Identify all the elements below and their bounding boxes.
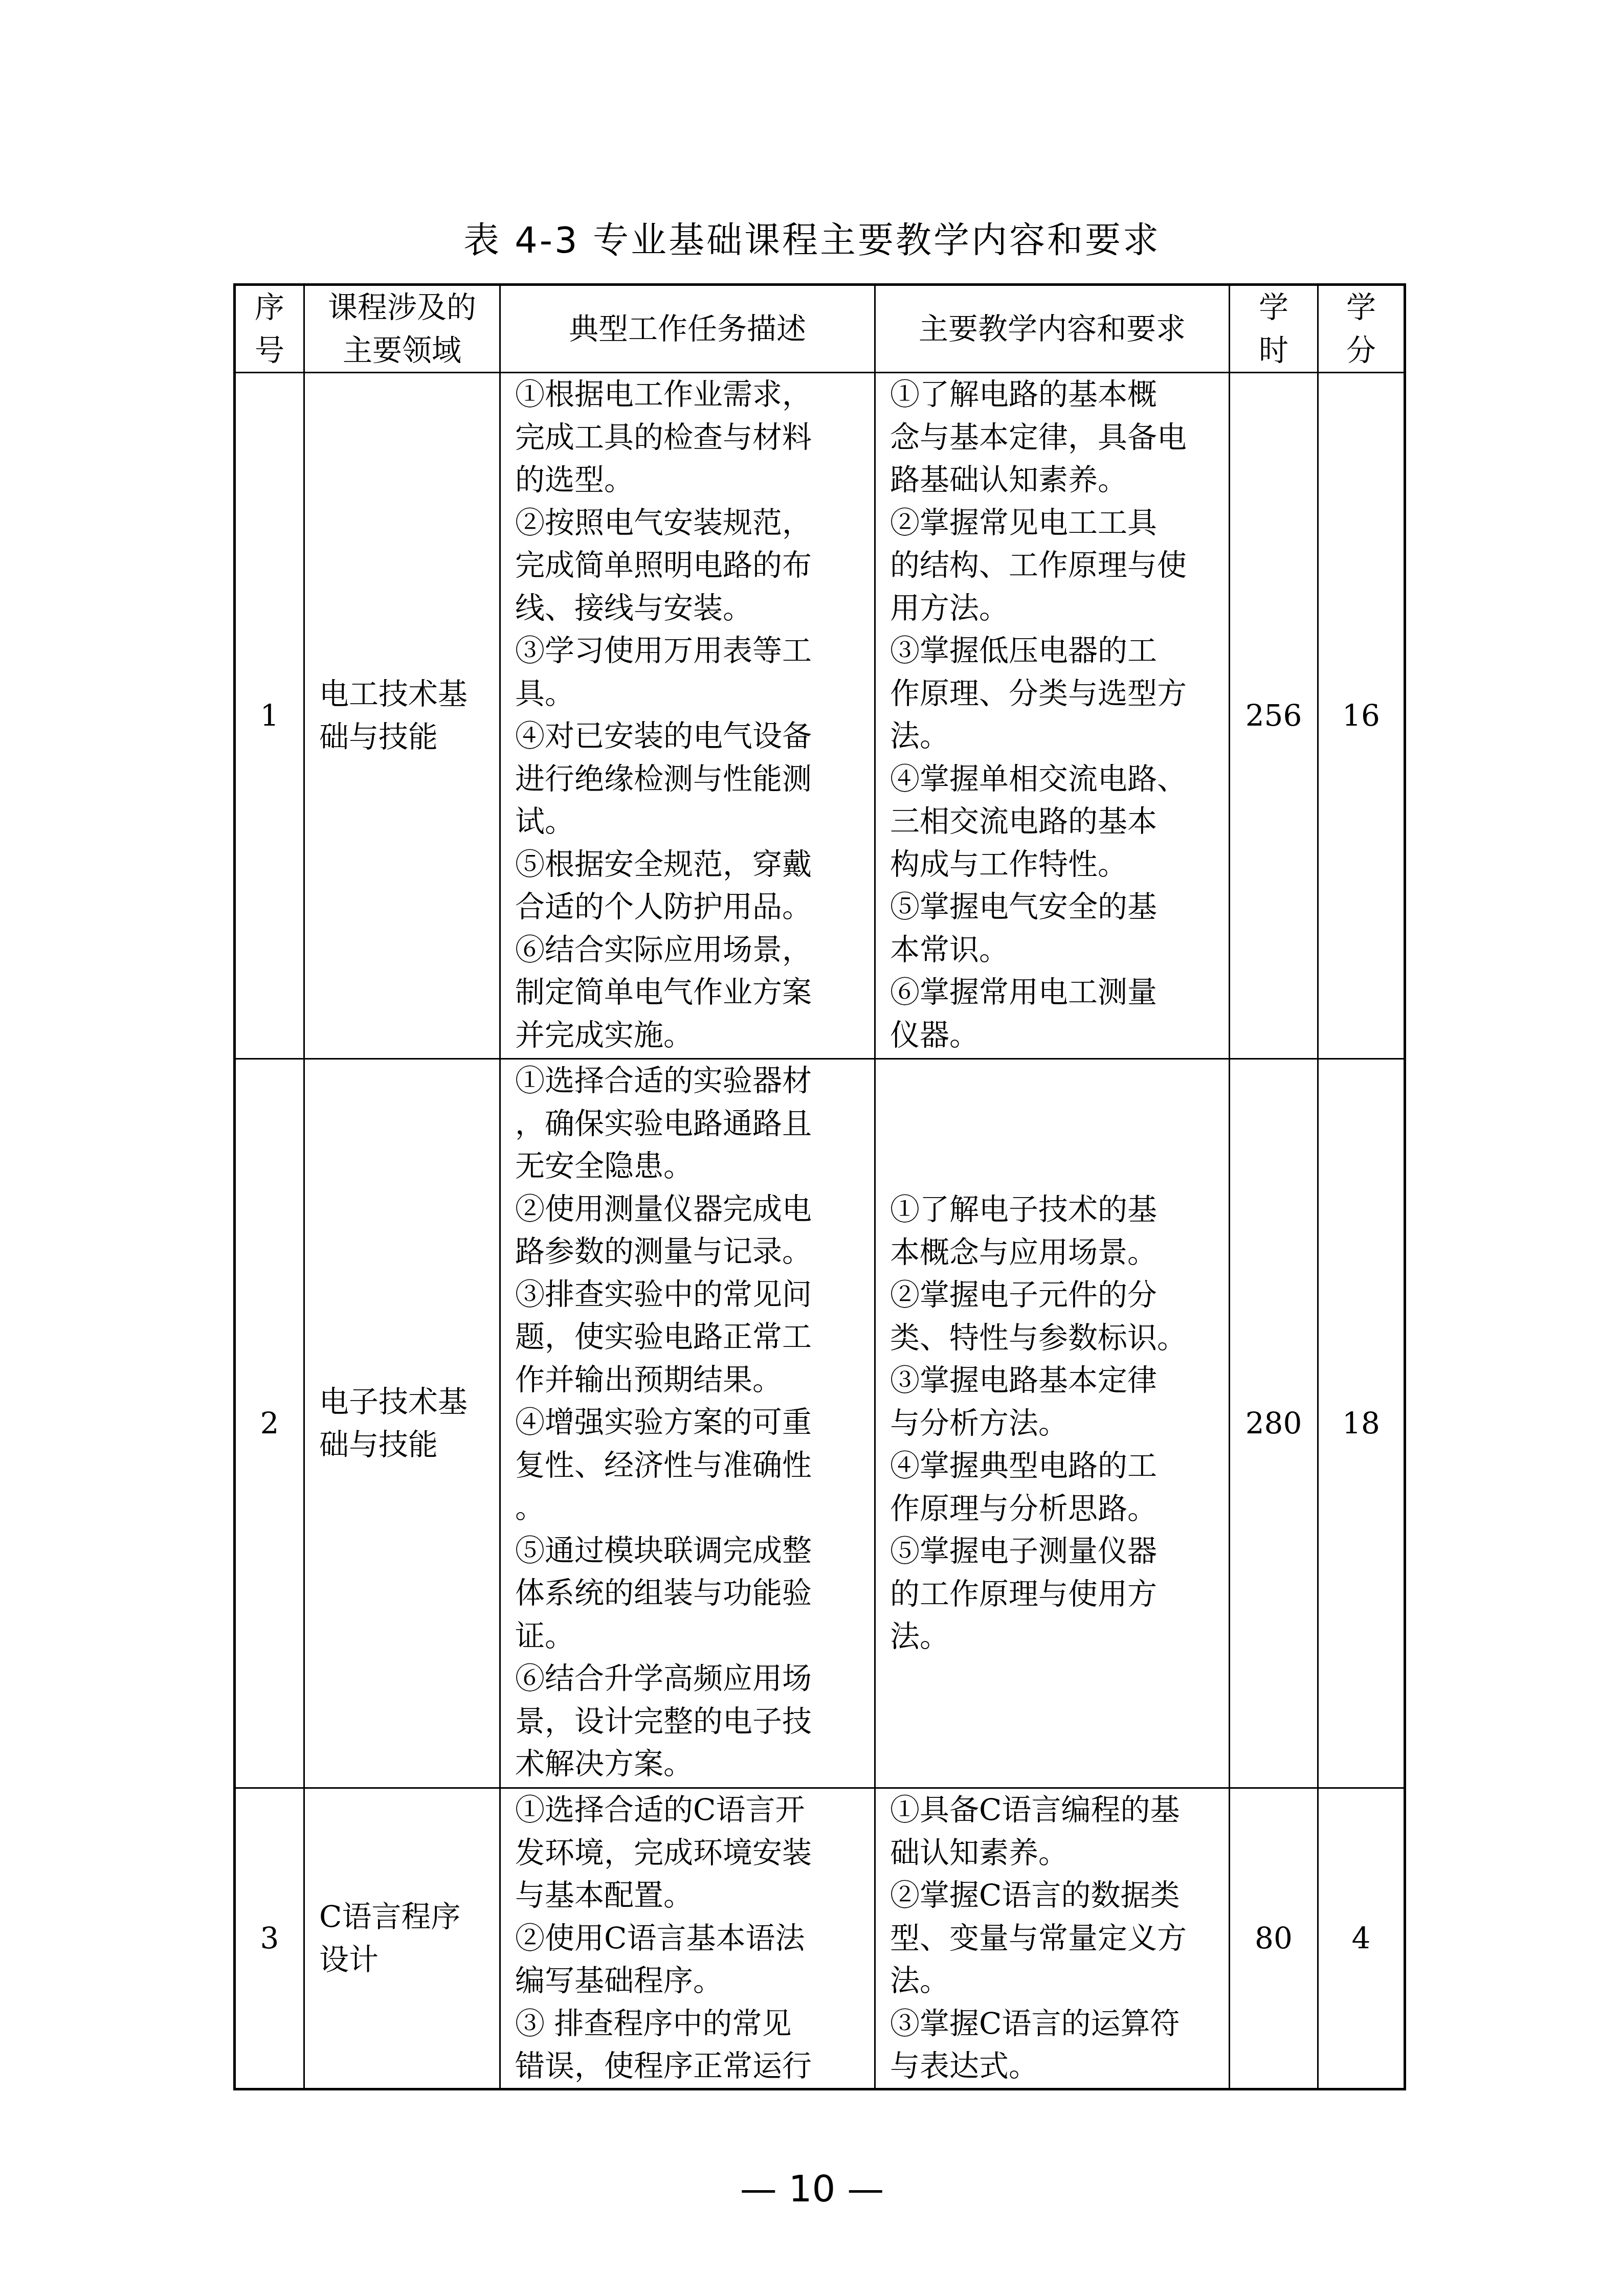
text-line: 。 (515, 1487, 867, 1529)
text-line: ③掌握C语言的运算符 (890, 2002, 1221, 2045)
text-line: 的结构、工作原理与使 (890, 544, 1221, 587)
text-line: 证。 (515, 1615, 867, 1658)
text-line: ②使用C语言基本语法 (515, 1917, 867, 1960)
text-line: ①具备C语言编程的基 (890, 1789, 1221, 1832)
text-line: 本概念与应用场景。 (890, 1231, 1221, 1274)
text-line: ⑤通过模块联调完成整 (515, 1529, 867, 1572)
row-content: ①了解电路的基本概念与基本定律，具备电路基础认知素养。②掌握常见电工工具的结构、… (875, 373, 1230, 1059)
row-index: 1 (235, 373, 304, 1059)
row-hours: 80 (1230, 1788, 1318, 2089)
page-number: — 10 — (0, 2163, 1624, 2214)
text-line: 的工作原理与使用方 (890, 1573, 1221, 1616)
header-area: 课程涉及的 主要领域 (304, 285, 500, 373)
row-hours: 256 (1230, 373, 1318, 1059)
text-line: ，确保实验电路通路且 (515, 1102, 867, 1145)
text-line: ②使用测量仪器完成电 (515, 1188, 867, 1231)
text-line: 错误，使程序正常运行 (515, 2045, 867, 2088)
text-line: ③掌握低压电器的工 (890, 629, 1221, 672)
text-line: ④增强实验方案的可重 (515, 1401, 867, 1444)
row-credits: 16 (1318, 373, 1405, 1059)
text-line: 与基本配置。 (515, 1874, 867, 1917)
text-line: ④掌握典型电路的工 (890, 1445, 1221, 1488)
text-line: 与表达式。 (890, 2045, 1221, 2088)
row-hours: 280 (1230, 1059, 1318, 1788)
text-line: 术解决方案。 (515, 1743, 867, 1786)
row-index: 2 (235, 1059, 304, 1788)
text-line: 编写基础程序。 (515, 1960, 867, 2002)
text-line: ③掌握电路基本定律 (890, 1359, 1221, 1402)
text-line: 制定简单电气作业方案 (515, 971, 867, 1014)
row-tasks: ①根据电工作业需求，完成工具的检查与材料的选型。②按照电气安装规范，完成简单照明… (500, 373, 875, 1059)
text-line: ⑤掌握电子测量仪器 (890, 1530, 1221, 1573)
text-line: 法。 (890, 1615, 1221, 1658)
text-line: ⑤掌握电气安全的基 (890, 886, 1221, 929)
text-line: 发环境，完成环境安装 (515, 1832, 867, 1875)
text-line: ⑥掌握常用电工测量 (890, 971, 1221, 1014)
text-line: ③学习使用万用表等工 (515, 629, 867, 672)
text-line: ⑥结合实际应用场景， (515, 929, 867, 972)
row-tasks: ①选择合适的实验器材，确保实验电路通路且无安全隐患。②使用测量仪器完成电路参数的… (500, 1059, 875, 1788)
row-credits: 18 (1318, 1059, 1405, 1788)
text-line: 念与基本定律，具备电 (890, 416, 1221, 459)
text-line: 法。 (890, 1960, 1221, 2002)
table-row: 3 C语言程序 设计 ①选择合适的C语言开发环境，完成环境安装与基本配置。②使用… (235, 1788, 1405, 2089)
row-credits: 4 (1318, 1788, 1405, 2089)
text-line: 进行绝缘检测与性能测 (515, 758, 867, 801)
header-hours: 学 时 (1230, 285, 1318, 373)
text-line: 复性、经济性与准确性 (515, 1444, 867, 1487)
text-line: 无安全隐患。 (515, 1145, 867, 1188)
table-caption: 表 4-3 专业基础课程主要教学内容和要求 (0, 215, 1624, 266)
text-line: 本常识。 (890, 929, 1221, 972)
text-line: ①根据电工作业需求， (515, 373, 867, 416)
row-index: 3 (235, 1788, 304, 2089)
text-line: 类、特性与参数标识。 (890, 1317, 1221, 1360)
text-line: ②掌握电子元件的分 (890, 1274, 1221, 1317)
text-line: 路基础认知素养。 (890, 459, 1221, 502)
text-line: ①了解电子技术的基 (890, 1188, 1221, 1231)
text-line: ②掌握常见电工工具 (890, 502, 1221, 545)
text-line: ④对已安装的电气设备 (515, 715, 867, 758)
header-row: 序 号 课程涉及的 主要领域 典型工作任务描述 主要教学内容和要求 学 时 学 … (235, 285, 1405, 373)
table-row: 2 电子技术基 础与技能 ①选择合适的实验器材，确保实验电路通路且无安全隐患。②… (235, 1059, 1405, 1788)
text-line: 法。 (890, 715, 1221, 758)
text-line: 完成简单照明电路的布 (515, 544, 867, 587)
text-line: 仪器。 (890, 1014, 1221, 1057)
header-tasks: 典型工作任务描述 (500, 285, 875, 373)
text-line: 题，使实验电路正常工 (515, 1316, 867, 1359)
text-line: 景，设计完整的电子技 (515, 1700, 867, 1743)
text-line: ③ 排查程序中的常见 (515, 2002, 867, 2045)
text-line: 的选型。 (515, 459, 867, 502)
text-line: ②掌握C语言的数据类 (890, 1874, 1221, 1917)
text-line: 用方法。 (890, 587, 1221, 630)
header-index: 序 号 (235, 285, 304, 373)
header-credits: 学 分 (1318, 285, 1405, 373)
text-line: 础认知素养。 (890, 1832, 1221, 1875)
table-row: 1 电工技术基 础与技能 ①根据电工作业需求，完成工具的检查与材料的选型。②按照… (235, 373, 1405, 1059)
text-line: 型、变量与常量定义方 (890, 1917, 1221, 1960)
text-line: 体系统的组装与功能验 (515, 1572, 867, 1615)
text-line: ③排查实验中的常见问 (515, 1273, 867, 1316)
text-line: 作并输出预期结果。 (515, 1359, 867, 1402)
text-line: ⑤根据安全规范，穿戴 (515, 843, 867, 886)
text-line: ①选择合适的C语言开 (515, 1789, 867, 1832)
text-line: ④掌握单相交流电路、 (890, 758, 1221, 801)
text-line: ②按照电气安装规范， (515, 502, 867, 545)
row-content: ①具备C语言编程的基础认知素养。②掌握C语言的数据类型、变量与常量定义方法。③掌… (875, 1788, 1230, 2089)
text-line: 具。 (515, 672, 867, 715)
text-line: 作原理与分析思路。 (890, 1488, 1221, 1530)
text-line: 构成与工作特性。 (890, 843, 1221, 886)
text-line: 合适的个人防护用品。 (515, 886, 867, 929)
text-line: 试。 (515, 800, 867, 843)
text-line: ①了解电路的基本概 (890, 373, 1221, 416)
text-line: 线、接线与安装。 (515, 587, 867, 630)
row-area: 电子技术基 础与技能 (304, 1059, 500, 1788)
course-table: 序 号 课程涉及的 主要领域 典型工作任务描述 主要教学内容和要求 学 时 学 … (233, 283, 1406, 2090)
text-line: 三相交流电路的基本 (890, 800, 1221, 843)
text-line: 与分析方法。 (890, 1402, 1221, 1445)
text-line: 完成工具的检查与材料 (515, 416, 867, 459)
text-line: 作原理、分类与选型方 (890, 672, 1221, 715)
header-content: 主要教学内容和要求 (875, 285, 1230, 373)
text-line: ①选择合适的实验器材 (515, 1060, 867, 1102)
text-line: 路参数的测量与记录。 (515, 1230, 867, 1273)
text-line: 并完成实施。 (515, 1014, 867, 1057)
text-line: ⑥结合升学高频应用场 (515, 1657, 867, 1700)
row-content: ①了解电子技术的基本概念与应用场景。②掌握电子元件的分类、特性与参数标识。③掌握… (875, 1059, 1230, 1788)
row-tasks: ①选择合适的C语言开发环境，完成环境安装与基本配置。②使用C语言基本语法编写基础… (500, 1788, 875, 2089)
row-area: 电工技术基 础与技能 (304, 373, 500, 1059)
row-area: C语言程序 设计 (304, 1788, 500, 2089)
